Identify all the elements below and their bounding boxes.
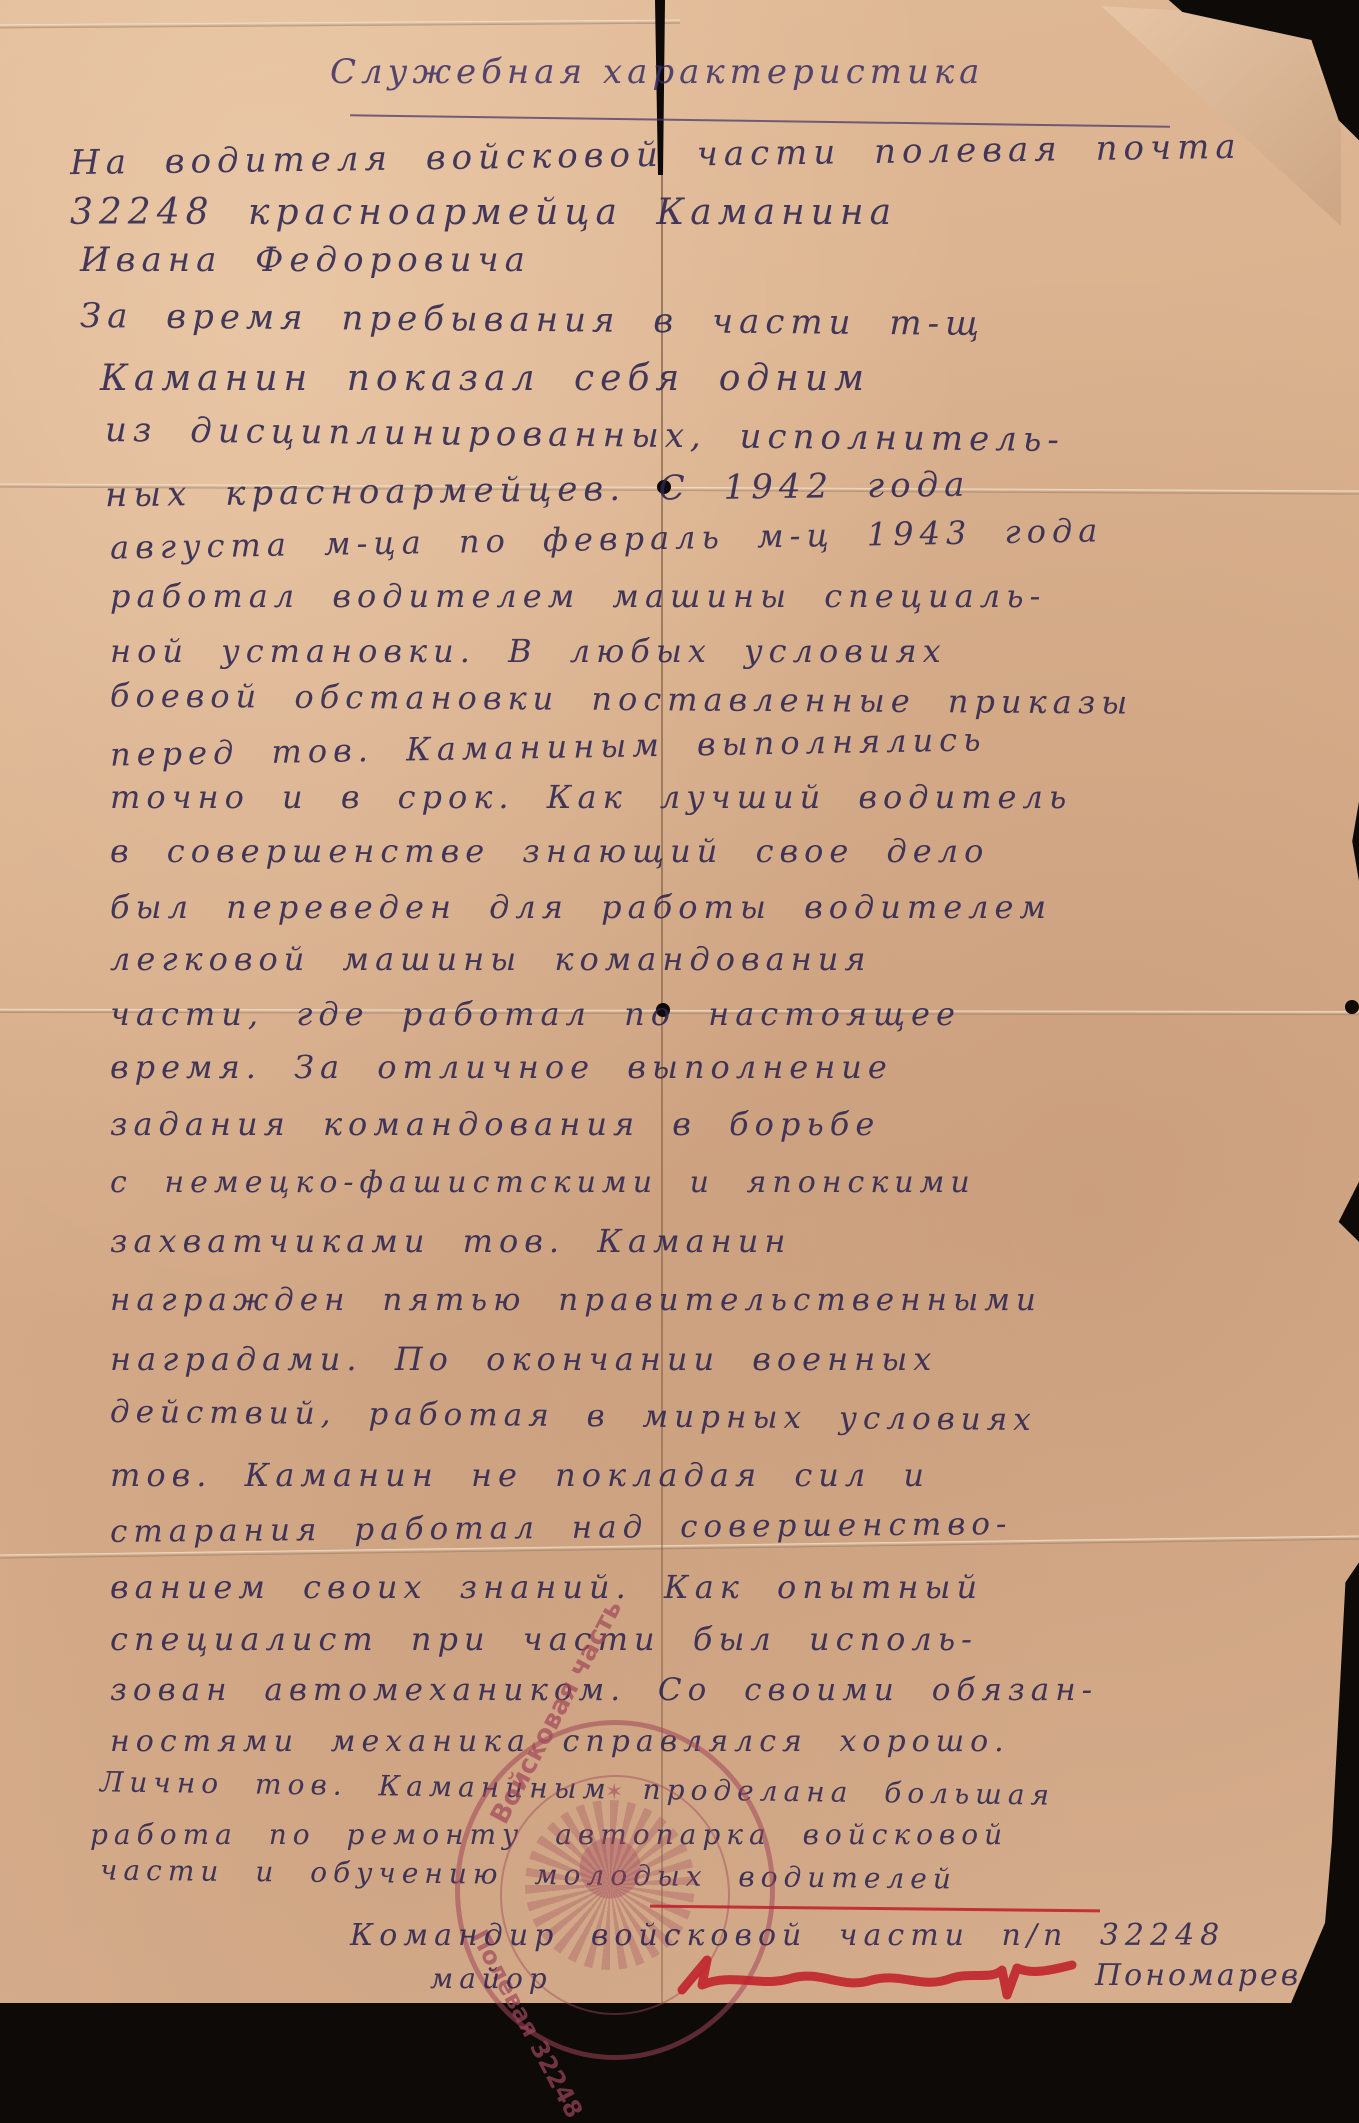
title-underline: [350, 114, 1170, 127]
text-line: захватчиками тов. Каманин: [110, 1222, 791, 1260]
text-line: За время пребывания в части т-щ: [80, 296, 985, 344]
red-signature-icon: [672, 1950, 1092, 2000]
text-line: награжден пятью правительственными: [110, 1282, 1042, 1318]
text-line: с немецко-фашистскими и японскими: [110, 1165, 976, 1200]
text-line: точно и в срок. Как лучший водитель: [110, 778, 1072, 816]
text-line: легковой машины командования: [110, 940, 872, 978]
text-line: Каманин показал себя одним: [100, 358, 870, 399]
text-line: 32248 красноармейца Каманина: [70, 192, 897, 233]
document-title: Служебная характеристика: [330, 52, 984, 92]
text-line: боевой обстановки поставленные приказы: [110, 676, 1134, 721]
signature-role: Командир войсковой части п/п 32248: [350, 1918, 1225, 1953]
text-line: перед тов. Каманиным выполнялись: [110, 720, 987, 773]
text-line: задания командования в борьбе: [110, 1105, 880, 1143]
star-icon: ✶: [605, 1780, 623, 1805]
text-line: время. За отличное выполнение: [110, 1048, 893, 1086]
text-line: из дисциплинированных, исполнитель-: [105, 410, 1065, 460]
signature-surname: Пономарев: [1095, 1958, 1301, 1993]
text-line: в совершенстве знающий свое дело: [110, 832, 989, 870]
text-line: старания работал над совершенство-: [110, 1506, 1013, 1550]
text-line: работал водителем машины специаль-: [110, 577, 1046, 615]
handwritten-document: Служебная характеристика На водителя вой…: [0, 0, 1359, 2003]
text-line: ных красноармейцев. С 1942 года: [105, 465, 971, 516]
text-line: действий, работая в мирных условиях: [110, 1394, 1037, 1438]
text-line: специалист при части был исполь-: [110, 1620, 978, 1658]
signature-rank: майор: [430, 1962, 553, 1995]
text-line: ванием своих знаний. Как опытный: [110, 1568, 983, 1606]
text-line: зован автомехаником. Со своими обязан-: [110, 1672, 1098, 1708]
text-line: На водителя войсковой части полевая почт…: [70, 127, 1242, 183]
text-line: был переведен для работы водителем: [110, 888, 1052, 926]
text-line: тов. Каманин не покладая сил и: [110, 1456, 930, 1494]
text-line: Ивана Федоровича: [80, 240, 531, 280]
text-line: части, где работал по настоящее: [110, 995, 961, 1033]
text-line: августа м-ца по февраль м-ц 1943 года: [110, 511, 1104, 566]
text-line: наградами. По окончании военных: [110, 1340, 937, 1378]
text-line: ной установки. В любых условиях: [110, 632, 947, 670]
